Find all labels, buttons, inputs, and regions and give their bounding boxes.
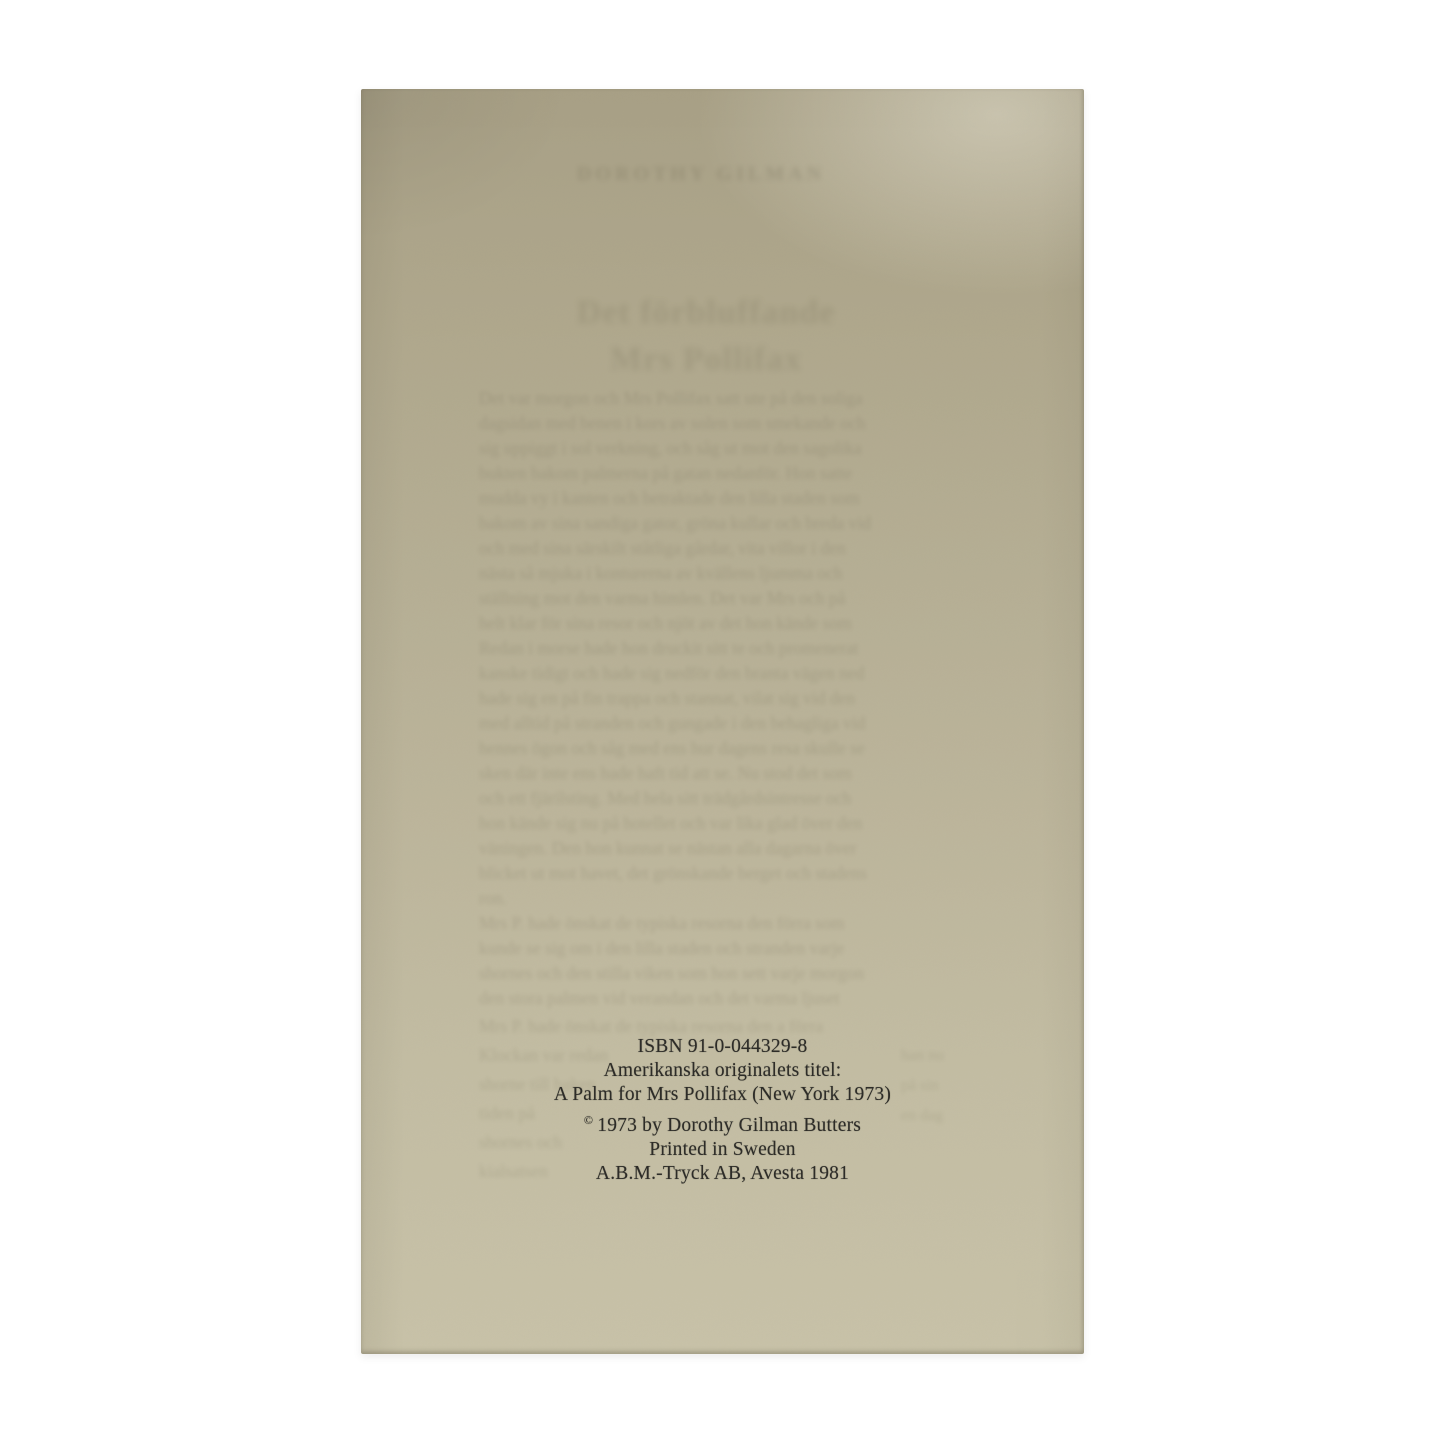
isbn-line: ISBN 91-0-044329-8 [361, 1035, 1084, 1059]
bleedthrough-line: dagsidan med benen i kors av solen som s… [479, 411, 971, 436]
bleedthrough-body-text: Det var morgon och Mrs Pollifax satt ute… [479, 386, 971, 1011]
bleedthrough-line: Redan i morse hade hon druckit sitt te o… [479, 636, 971, 661]
copyright-text: 1973 by Dorothy Gilman Butters [597, 1115, 861, 1136]
bleedthrough-line: och ett fjärilsting. Med hela sitt trädg… [479, 786, 971, 811]
bleedthrough-line: sken där inte ens hade haft tid att se. … [479, 761, 971, 786]
bleedthrough-author-header: DOROTHY GILMAN [361, 163, 1041, 186]
bleedthrough-line: Mrs P. hade önskat de typiska resorna de… [479, 911, 971, 936]
printed-in-line: Printed in Sweden [361, 1138, 1084, 1162]
bleedthrough-line: mudda vy i kanten och betraktade den lil… [479, 486, 971, 511]
original-title-line: A Palm for Mrs Pollifax (New York 1973) [361, 1083, 1084, 1107]
bleedthrough-line: ställning mot den varma himlen. Det var … [479, 586, 971, 611]
bleedthrough-line: med alltid på stranden och gungade i den… [479, 711, 971, 736]
bleedthrough-line: shornes och den stilla viken som hon set… [479, 961, 971, 986]
bleedthrough-line: väningen. Den hon kunnat se nästan alla … [479, 836, 971, 861]
colophon-block: ISBN 91-0-044329-8 Amerikanska originale… [361, 1035, 1084, 1186]
bleedthrough-line: ron. [479, 886, 971, 911]
bleedthrough-line: den stora palmen vid verandan och det va… [479, 986, 971, 1011]
bleedthrough-line: kanske tidigt och hade sig nedför den br… [479, 661, 971, 686]
bleedthrough-line: Det var morgon och Mrs Pollifax satt ute… [479, 386, 971, 411]
bleedthrough-line: och med sina särskilt ståtliga gårdar, v… [479, 536, 971, 561]
bleedthrough-line: hade sig en på fin trappa och stannat, v… [479, 686, 971, 711]
bleedthrough-line: bukten bakom palmerna på gatan nedanför.… [479, 461, 971, 486]
bleedthrough-line: hon kände sig nu på hotellet och var lik… [479, 811, 971, 836]
copyright-symbol: © [584, 1113, 593, 1127]
bleedthrough-line: nästa så mjuka i konturerna av kvällens … [479, 561, 971, 586]
bleedthrough-line: bakom av sina sandiga gator, gröna kulla… [479, 511, 971, 536]
book-page: DOROTHY GILMAN Det förbluffande Mrs Poll… [361, 89, 1084, 1354]
bleedthrough-line: hennes ögon och såg med ens hur dagens r… [479, 736, 971, 761]
bleedthrough-line: blicket ut mot havet, det grönskande ber… [479, 861, 971, 886]
original-title-label: Amerikanska originalets titel: [361, 1059, 1084, 1083]
bleedthrough-title-line2: Mrs Pollifax [361, 341, 1051, 379]
bleedthrough-line: sig uppiggt i sol verkning, och såg ut m… [479, 436, 971, 461]
bleedthrough-line: kunde se sig om i den lilla staden och s… [479, 936, 971, 961]
bleedthrough-line: helt klar för sina resor och njöt av det… [479, 611, 971, 636]
copyright-line: ©1973 by Dorothy Gilman Butters [361, 1108, 1084, 1138]
photo-background: DOROTHY GILMAN Det förbluffande Mrs Poll… [0, 0, 1445, 1445]
bleedthrough-title-line1: Det förbluffande [361, 294, 1051, 332]
printer-line: A.B.M.-Tryck AB, Avesta 1981 [361, 1162, 1084, 1186]
